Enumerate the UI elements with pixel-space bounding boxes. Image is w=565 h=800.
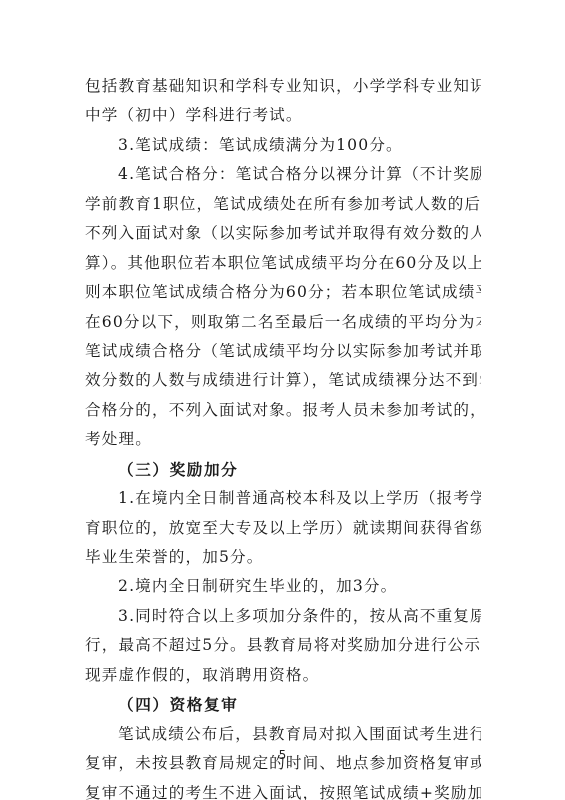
text-line: 中学（初中）学科进行考试。 bbox=[85, 101, 481, 130]
text-line: 则本职位笔试成绩合格分为60分；若本职位笔试成绩平均分 bbox=[85, 278, 481, 307]
text-line: 3.同时符合以上多项加分条件的，按从高不重复原则执 bbox=[85, 602, 481, 631]
text-line: 3.笔试成绩：笔试成绩满分为100分。 bbox=[85, 131, 481, 160]
page-number: 5 bbox=[0, 748, 565, 762]
text-line: 效分数的人数与成绩进行计算），笔试成绩裸分达不到笔试 bbox=[85, 366, 481, 395]
text-line: 在60分以下，则取第二名至最后一名成绩的平均分为本职位 bbox=[85, 308, 481, 337]
text-line: 4.笔试合格分：笔试合格分以裸分计算（不计奖励加分）。 bbox=[85, 160, 481, 189]
section-heading: （三）奖励加分 bbox=[85, 455, 481, 484]
text-line: 育职位的，放宽至大专及以上学历）就读期间获得省级优秀 bbox=[85, 514, 481, 543]
text-line: 笔试成绩公布后，县教育局对拟入围面试考生进行资格 bbox=[85, 720, 481, 749]
text-line: 现弄虚作假的，取消聘用资格。 bbox=[85, 661, 481, 690]
text-line: 2.境内全日制研究生毕业的，加3分。 bbox=[85, 572, 481, 601]
text-line: 行，最高不超过5分。县教育局将对奖励加分进行公示，发 bbox=[85, 631, 481, 660]
text-line: 毕业生荣誉的，加5分。 bbox=[85, 543, 481, 572]
text-line: 不列入面试对象（以实际参加考试并取得有效分数的人数计 bbox=[85, 219, 481, 248]
text-line: 考处理。 bbox=[85, 425, 481, 454]
text-line: 学前教育1职位，笔试成绩处在所有参加考试人数的后30%的 bbox=[85, 190, 481, 219]
text-line: 复审不通过的考生不进入面试，按照笔试成绩+奖励加分从 bbox=[85, 779, 481, 800]
text-line: 1.在境内全日制普通高校本科及以上学历（报考学前教 bbox=[85, 484, 481, 513]
text-line: 包括教育基础知识和学科专业知识，小学学科专业知识参照 bbox=[85, 72, 481, 101]
text-line: 合格分的，不列入面试对象。报考人员未参加考试的，作缺 bbox=[85, 396, 481, 425]
text-line: 笔试成绩合格分（笔试成绩平均分以实际参加考试并取得有 bbox=[85, 337, 481, 366]
section-heading: （四）资格复审 bbox=[85, 690, 481, 719]
document-page: 包括教育基础知识和学科专业知识，小学学科专业知识参照 中学（初中）学科进行考试。… bbox=[85, 72, 481, 800]
text-line: 算）。其他职位若本职位笔试成绩平均分在60分及以上的， bbox=[85, 249, 481, 278]
